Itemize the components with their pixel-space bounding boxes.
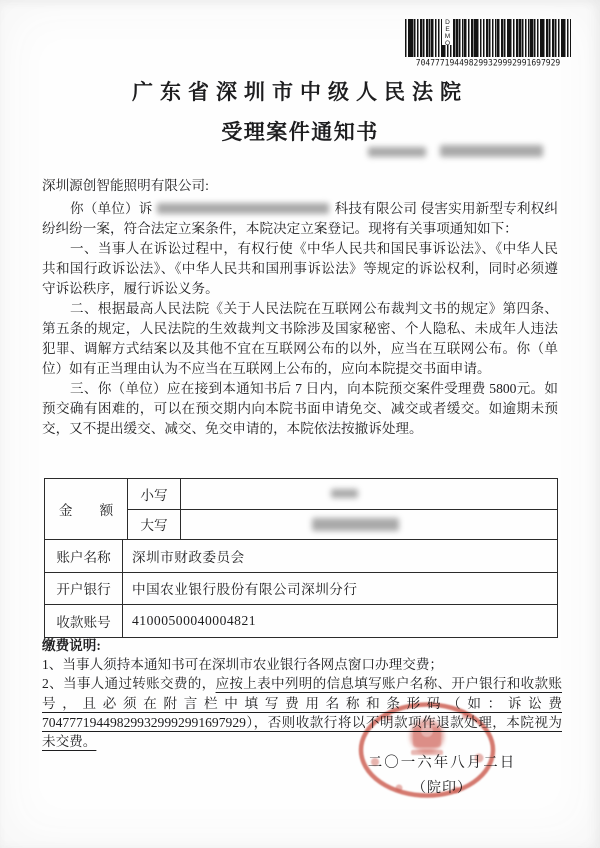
table-row-account-number: 收款账号 41000500040004821 — [45, 604, 557, 637]
note2-plain: 2、当事人通过转账交费的， — [42, 676, 216, 691]
row-value: 深圳市财政委员会 — [123, 540, 557, 572]
body-text: 深圳源创智能照明有限公司: 你（单位）诉科技有限公司 侵害实用新型专利权纠纷纠纷… — [42, 176, 558, 439]
notice-item-1: 一、当事人在诉讼过程中，有权行使《中华人民共和国民事诉讼法》、《中华人民共和国行… — [42, 239, 558, 299]
amount-small-row: 小写 — [128, 479, 557, 509]
payment-note-1: 1、当事人须持本通知书可在深圳市农业银行各网点窗口办理交费； — [42, 655, 562, 674]
row-label: 开户银行 — [45, 573, 123, 605]
table-row-account-name: 账户名称 深圳市财政委员会 — [45, 539, 557, 572]
intro-before: 你（单位）诉 — [70, 201, 152, 216]
table-row-bank: 开户银行 中国农业银行股份有限公司深圳分行 — [45, 572, 557, 605]
redacted-amount-capital — [312, 518, 399, 531]
barcode-number: 704777194498299329992991697929 — [405, 57, 571, 67]
amount-small-value — [181, 479, 557, 509]
payment-notes: 缴费说明: 1、当事人须持本通知书可在深圳市农业银行各网点窗口办理交费； 2、当… — [42, 637, 562, 751]
row-value: 41000500040004821 — [123, 605, 557, 637]
amount-capital-label: 大写 — [128, 510, 181, 540]
footer-date-block: 二〇一六年八月二日 （院印） — [352, 751, 532, 797]
amount-sub-rows: 小写 大写 — [128, 479, 557, 539]
notes-header: 缴费说明: — [42, 637, 562, 655]
barcode-demo-watermark: DEMO — [442, 19, 452, 45]
notice-item-3: 三、你（单位）应在接到本通知书后 7 日内，向本院预交案件受理费 5800元。如… — [42, 379, 558, 439]
amount-row: 金 额 小写 大写 — [45, 479, 557, 539]
scanned-notice-page: DEMO 704777194498299329992991697929 广东省深… — [0, 0, 600, 848]
redacted-party-name — [157, 203, 329, 214]
redacted-case-number — [440, 145, 543, 157]
barcode: DEMO 704777194498299329992991697929 — [405, 19, 571, 67]
row-label: 账户名称 — [45, 540, 123, 572]
doc-title: 受理案件通知书 — [0, 116, 600, 146]
amount-small-label: 小写 — [128, 479, 181, 509]
intro-paragraph: 你（单位）诉科技有限公司 侵害实用新型专利权纠纷纠纷一案，符合法定立案条件，本院… — [42, 199, 558, 239]
issue-date: 二〇一六年八月二日 — [352, 751, 532, 772]
title-block: 广东省深圳市中级人民法院 受理案件通知书 — [0, 76, 600, 146]
seal-caption: （院印） — [352, 777, 532, 797]
row-value: 中国农业银行股份有限公司深圳分行 — [123, 573, 557, 605]
amount-capital-value — [181, 510, 557, 540]
recipient-line: 深圳源创智能照明有限公司: — [42, 176, 558, 196]
fee-table: 金 额 小写 大写 账户名称 深圳市财政委员会 开户银行 中国农业银行股份有限公… — [44, 478, 558, 638]
amount-label-cell: 金 额 — [45, 479, 128, 539]
notice-item-2: 二、根据最高人民法院《关于人民法院在互联网公布裁判文书的规定》第四条、第五条的规… — [42, 299, 558, 379]
court-name: 广东省深圳市中级人民法院 — [0, 76, 600, 106]
redacted-amount-small — [331, 489, 358, 498]
redacted-case-number — [368, 147, 426, 157]
amount-capital-row: 大写 — [128, 509, 557, 540]
row-label: 收款账号 — [45, 605, 123, 637]
barcode-bars: DEMO — [405, 19, 571, 57]
payment-note-2: 2、当事人通过转账交费的，应按上表中列明的信息填写账户名称、开户银行和收款账号，… — [42, 674, 562, 751]
